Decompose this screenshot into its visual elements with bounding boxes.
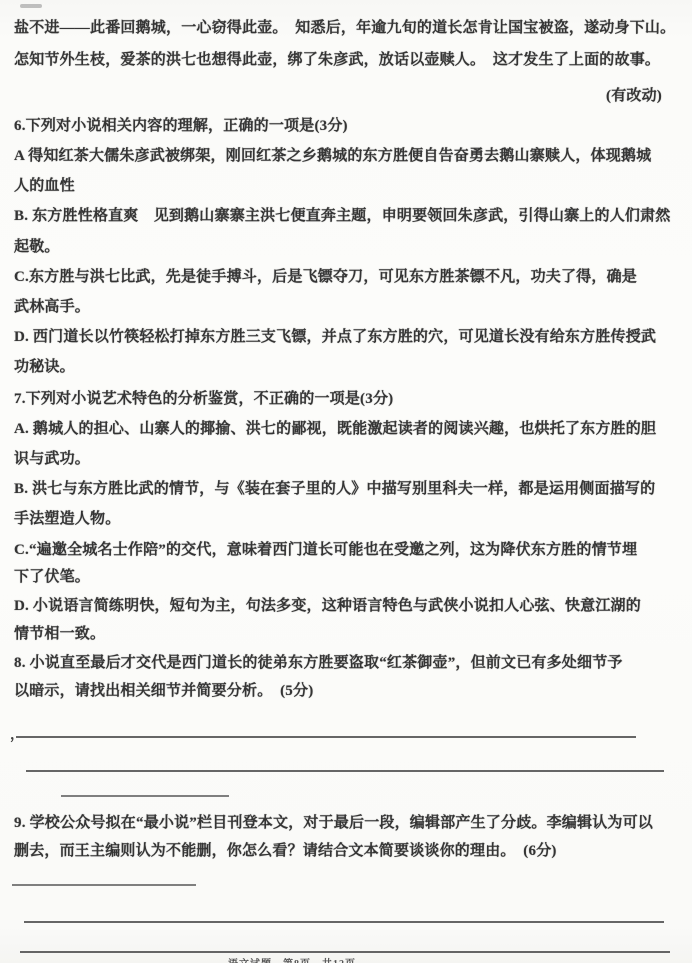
question-7-option-a-cont: 识与武功。 (14, 448, 90, 470)
question-7-option-b: B. 洪七与东方胜比武的情节，与《装在套子里的人》中描写别里科夫一样，都是运用侧… (14, 478, 655, 500)
answer-line (16, 736, 636, 738)
question-6-option-d-cont: 功秘诀。 (14, 356, 75, 378)
scan-artifact (20, 4, 42, 8)
question-6-option-c-cont: 武林高手。 (14, 296, 90, 318)
question-7-option-d: D. 小说语言简练明快，短句为主，句法多变，这种语言特色与武侠小说扣人心弦、快意… (14, 595, 641, 617)
page-footer: 语文试题 第8页 共12页 (228, 955, 356, 963)
question-7-option-c: C.“遍邀全城名士作陪”的交代，意味着西门道长可能也在受邀之列，这为降伏东方胜的… (14, 539, 637, 561)
exam-paper-page: 盐不进——此番回鹅城，一心窃得此壶。 知悉后，年逾九旬的道长怎肯让国宝被盗，遂动… (0, 0, 692, 963)
question-6-option-d: D. 西门道长以竹筷轻松打掉东方胜三支飞镖，并点了东方胜的穴，可见道长没有给东方… (14, 326, 656, 348)
passage-line: 怎知节外生枝，爱茶的洪七也想得此壶，绑了朱彦武，放话以壶赎人。 这才发生了上面的… (14, 49, 660, 71)
question-9-stem-cont: 删去，而王主编则认为不能删，你怎么看？请结合文本简要谈谈你的理由。 (6分) (14, 840, 557, 862)
question-9-stem: 9. 学校公众号拟在“最小说”栏目刊登本文，对于最后一段，编辑部产生了分歧。李编… (14, 812, 653, 834)
question-7-stem: 7.下列对小说艺术特色的分析鉴赏，不正确的一项是(3分) (14, 388, 393, 410)
question-7-option-a: A. 鹅城人的担心、山寨人的揶揄、洪七的鄙视，既能激起读者的阅读兴趣，也烘托了东… (14, 418, 656, 440)
question-7-option-c-cont: 下了伏笔。 (14, 566, 90, 588)
passage-edit-note: (有改动) (606, 85, 662, 107)
question-8-stem: 8. 小说直至最后才交代是西门道长的徒弟东方胜要盗取“红茶御壶”，但前文已有多处… (14, 652, 623, 674)
question-6-option-b-cont: 起敬。 (14, 236, 60, 258)
question-6-stem: 6.下列对小说相关内容的理解，正确的一项是(3分) (14, 115, 348, 137)
question-7-option-d-cont: 情节相一致。 (14, 623, 105, 645)
answer-line (20, 951, 670, 953)
question-6-option-b: B. 东方胜性格直爽 见到鹅山寨寨主洪七便直奔主题，申明要领回朱彦武，引得山寨上… (14, 205, 671, 227)
question-8-stem-cont: 以暗示，请找出相关细节并简要分析。 (5分) (14, 680, 313, 702)
answer-line (61, 795, 229, 797)
question-6-option-a-cont: 人的血性 (14, 175, 75, 197)
answer-line (26, 770, 664, 772)
question-6-option-a: A 得知红茶大儒朱彦武被绑架，刚回红茶之乡鹅城的东方胜便自告奋勇去鹅山寨赎人，体… (14, 145, 651, 167)
stray-mark: ， (10, 724, 24, 744)
question-6-option-c: C.东方胜与洪七比武，先是徒手搏斗，后是飞镖夺刀，可见东方胜茶镖不凡，功夫了得，… (14, 266, 637, 288)
answer-line (24, 921, 664, 923)
answer-line (12, 884, 196, 886)
question-7-option-b-cont: 手法塑造人物。 (14, 508, 120, 530)
passage-line: 盐不进——此番回鹅城，一心窃得此壶。 知悉后，年逾九旬的道长怎肯让国宝被盗，遂动… (14, 17, 675, 39)
